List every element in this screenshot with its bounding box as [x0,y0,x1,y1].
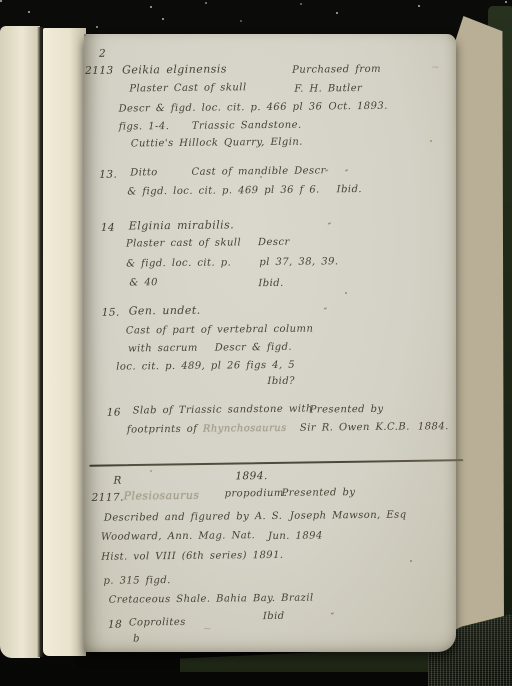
entry-18: 18 Coprolites Ibid ″ b ~ [81,32,459,654]
margin-note: b [133,634,140,644]
pencil-smudge: ~ [203,625,212,635]
register-page: 2 ~ 2113 Geikia elginensis Purchased fro… [84,34,456,652]
ditto-mark: ″ [331,613,335,622]
reference-line: Ibid [263,612,285,622]
facing-page-edge-outer [0,26,40,658]
description-line: Coprolites [129,618,186,629]
fore-edge-page-stack [452,16,504,654]
handwritten-content: 2 ~ 2113 Geikia elginensis Purchased fro… [81,32,459,654]
facing-page-edge-inner [43,28,86,656]
entry-number: 18 [108,620,122,631]
photographed-register-book: 2 ~ 2113 Geikia elginensis Purchased fro… [0,0,512,686]
dust-specks [0,0,2,2]
